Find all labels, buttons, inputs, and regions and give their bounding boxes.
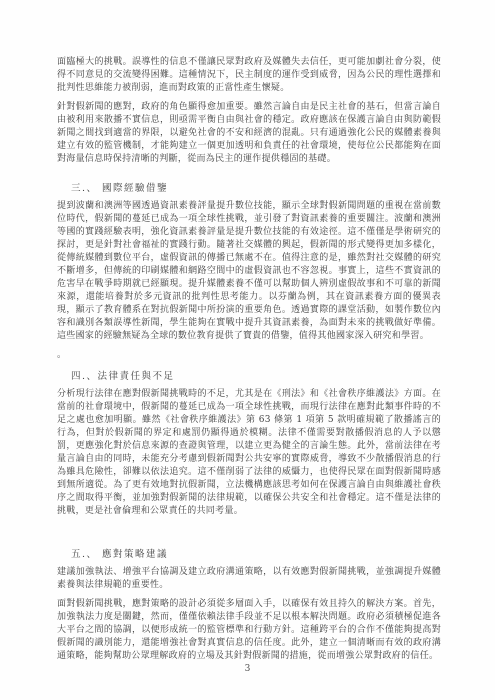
stray-punctuation: 。: [57, 349, 441, 362]
section-heading-international-experience: 三.、 國際經驗借鑒: [57, 182, 441, 195]
page-content: 面臨極大的挑戰。誤導性的信息不僅讓民眾對政府及媒體失去信任，更可能加劇社會分裂，…: [0, 0, 495, 663]
section-heading-legal-responsibility: 四.、法律責任與不足: [57, 370, 441, 383]
body-paragraph-continuation: 面臨極大的挑戰。誤導性的信息不僅讓民眾對政府及媒體失去信任，更可能加劇社會分裂，…: [57, 56, 441, 95]
body-paragraph-international-experience: 提到波蘭和澳洲等國透過資訊素養評量提升數位技能，顯示全球對假新聞問題的重視在當前…: [57, 200, 441, 343]
body-paragraph-strategy-detail: 面對假新聞挑戰，應對策略的設計必須從多層面入手，以確保有效且持久的解決方案。首先…: [57, 598, 441, 663]
body-paragraph-legal-responsibility: 分析現行法律在應對假新聞挑戰時的不足，尤其是在《刑法》和《社會秩序維護法》方面。…: [57, 388, 441, 518]
section-heading-response-strategy: 五.、 應對策略建議: [57, 548, 441, 561]
document-page: 面臨極大的挑戰。誤導性的信息不僅讓民眾對政府及媒體失去信任，更可能加劇社會分裂，…: [0, 0, 495, 700]
page-number: 3: [0, 664, 495, 674]
body-paragraph-strategy-summary: 建議加強執法、增強平台協調及建立政府溝通策略，以有效應對假新聞挑戰，並強調提升媒…: [57, 566, 441, 592]
body-paragraph-government-role: 針對假新聞的應對，政府的角色顯得愈加重要。雖然言論自由是民主社會的基石，但當言論…: [57, 101, 441, 166]
